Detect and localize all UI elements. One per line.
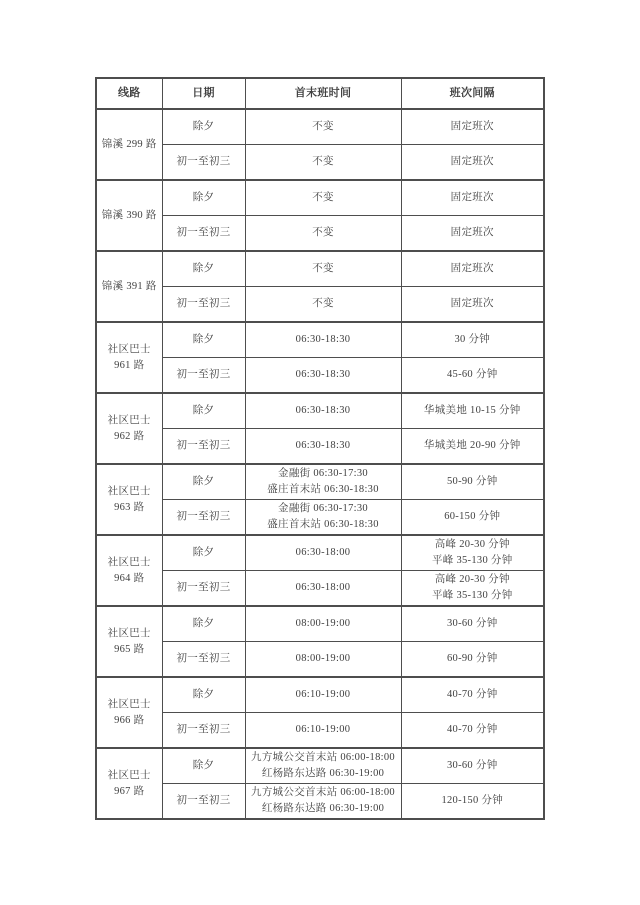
- time-cell: 08:00-19:00: [245, 606, 401, 642]
- time-cell: 金融街 06:30-17:30盛庄首末站 06:30-18:30: [245, 464, 401, 500]
- schedule-row: 初一至初三06:30-18:3045-60 分钟: [96, 358, 544, 394]
- schedule-row: 初一至初三08:00-19:0060-90 分钟: [96, 642, 544, 678]
- route-name-cell: 社区巴士962 路: [96, 393, 162, 464]
- interval-cell: 华城美地 20-90 分钟: [401, 429, 544, 465]
- route-name-cell: 社区巴士963 路: [96, 464, 162, 535]
- interval-cell: 高峰 20-30 分钟平峰 35-130 分钟: [401, 535, 544, 571]
- schedule-row: 锦溪 299 路除夕不变固定班次: [96, 109, 544, 145]
- interval-cell: 60-90 分钟: [401, 642, 544, 678]
- time-cell: 06:10-19:00: [245, 677, 401, 713]
- date-cell: 初一至初三: [162, 571, 245, 607]
- time-cell: 06:30-18:30: [245, 358, 401, 394]
- route-name-cell: 锦溪 390 路: [96, 180, 162, 251]
- interval-cell: 华城美地 10-15 分钟: [401, 393, 544, 429]
- time-cell: 九方城公交首末站 06:00-18:00红杨路东达路 06:30-19:00: [245, 784, 401, 820]
- route-section: 社区巴士964 路除夕06:30-18:00高峰 20-30 分钟平峰 35-1…: [96, 535, 544, 606]
- interval-cell: 固定班次: [401, 109, 544, 145]
- text-line: 社区巴士: [108, 628, 151, 639]
- text-line: 社区巴士: [108, 415, 151, 426]
- column-header-route: 线路: [96, 78, 162, 109]
- text-line: 社区巴士: [108, 699, 151, 710]
- schedule-row: 社区巴士965 路除夕08:00-19:0030-60 分钟: [96, 606, 544, 642]
- date-cell: 初一至初三: [162, 216, 245, 252]
- interval-cell: 30-60 分钟: [401, 748, 544, 784]
- time-cell: 06:30-18:00: [245, 535, 401, 571]
- text-line: 金融街 06:30-17:30: [278, 468, 368, 479]
- text-line: 红杨路东达路 06:30-19:00: [262, 768, 384, 779]
- time-cell: 不变: [245, 180, 401, 216]
- date-cell: 初一至初三: [162, 784, 245, 820]
- schedule-row: 初一至初三06:30-18:00高峰 20-30 分钟平峰 35-130 分钟: [96, 571, 544, 607]
- route-name-cell: 社区巴士961 路: [96, 322, 162, 393]
- date-cell: 除夕: [162, 180, 245, 216]
- column-header-date: 日期: [162, 78, 245, 109]
- date-cell: 初一至初三: [162, 642, 245, 678]
- schedule-row: 锦溪 391 路除夕不变固定班次: [96, 251, 544, 287]
- time-cell: 06:30-18:30: [245, 429, 401, 465]
- route-name-cell: 社区巴士965 路: [96, 606, 162, 677]
- route-section: 社区巴士963 路除夕金融街 06:30-17:30盛庄首末站 06:30-18…: [96, 464, 544, 535]
- time-cell: 不变: [245, 251, 401, 287]
- text-line: 965 路: [114, 644, 144, 655]
- bus-schedule-table: 线路日期首末班时间班次间隔 锦溪 299 路除夕不变固定班次初一至初三不变固定班…: [95, 77, 545, 820]
- schedule-row: 社区巴士961 路除夕06:30-18:3030 分钟: [96, 322, 544, 358]
- route-section: 社区巴士966 路除夕06:10-19:0040-70 分钟初一至初三06:10…: [96, 677, 544, 748]
- date-cell: 初一至初三: [162, 429, 245, 465]
- route-section: 锦溪 390 路除夕不变固定班次初一至初三不变固定班次: [96, 180, 544, 251]
- route-section: 社区巴士965 路除夕08:00-19:0030-60 分钟初一至初三08:00…: [96, 606, 544, 677]
- column-header-first-last-time: 首末班时间: [245, 78, 401, 109]
- text-line: 967 路: [114, 786, 144, 797]
- interval-cell: 固定班次: [401, 251, 544, 287]
- schedule-row: 初一至初三九方城公交首末站 06:00-18:00红杨路东达路 06:30-19…: [96, 784, 544, 820]
- text-line: 九方城公交首末站 06:00-18:00: [251, 787, 395, 798]
- route-section: 锦溪 299 路除夕不变固定班次初一至初三不变固定班次: [96, 109, 544, 180]
- text-line: 九方城公交首末站 06:00-18:00: [251, 752, 395, 763]
- interval-cell: 30 分钟: [401, 322, 544, 358]
- time-cell: 不变: [245, 216, 401, 252]
- route-section: 社区巴士961 路除夕06:30-18:3030 分钟初一至初三06:30-18…: [96, 322, 544, 393]
- date-cell: 除夕: [162, 464, 245, 500]
- interval-cell: 40-70 分钟: [401, 713, 544, 749]
- schedule-row: 初一至初三06:30-18:30华城美地 20-90 分钟: [96, 429, 544, 465]
- schedule-row: 社区巴士967 路除夕九方城公交首末站 06:00-18:00红杨路东达路 06…: [96, 748, 544, 784]
- time-cell: 金融街 06:30-17:30盛庄首末站 06:30-18:30: [245, 500, 401, 536]
- schedule-row: 社区巴士966 路除夕06:10-19:0040-70 分钟: [96, 677, 544, 713]
- route-section: 锦溪 391 路除夕不变固定班次初一至初三不变固定班次: [96, 251, 544, 322]
- date-cell: 除夕: [162, 606, 245, 642]
- interval-cell: 60-150 分钟: [401, 500, 544, 536]
- time-cell: 不变: [245, 109, 401, 145]
- header-row: 线路日期首末班时间班次间隔: [96, 78, 544, 109]
- interval-cell: 120-150 分钟: [401, 784, 544, 820]
- schedule-row: 初一至初三不变固定班次: [96, 216, 544, 252]
- date-cell: 除夕: [162, 322, 245, 358]
- column-header-interval: 班次间隔: [401, 78, 544, 109]
- date-cell: 除夕: [162, 535, 245, 571]
- date-cell: 初一至初三: [162, 358, 245, 394]
- text-line: 盛庄首末站 06:30-18:30: [267, 484, 379, 495]
- text-line: 红杨路东达路 06:30-19:00: [262, 803, 384, 814]
- route-name-cell: 锦溪 299 路: [96, 109, 162, 180]
- text-line: 高峰 20-30 分钟: [435, 539, 510, 550]
- interval-cell: 50-90 分钟: [401, 464, 544, 500]
- interval-cell: 固定班次: [401, 287, 544, 323]
- schedule-row: 初一至初三不变固定班次: [96, 287, 544, 323]
- date-cell: 除夕: [162, 251, 245, 287]
- route-section: 社区巴士962 路除夕06:30-18:30华城美地 10-15 分钟初一至初三…: [96, 393, 544, 464]
- schedule-row: 社区巴士964 路除夕06:30-18:00高峰 20-30 分钟平峰 35-1…: [96, 535, 544, 571]
- date-cell: 除夕: [162, 393, 245, 429]
- time-cell: 08:00-19:00: [245, 642, 401, 678]
- text-line: 金融街 06:30-17:30: [278, 503, 368, 514]
- schedule-row: 社区巴士963 路除夕金融街 06:30-17:30盛庄首末站 06:30-18…: [96, 464, 544, 500]
- interval-cell: 固定班次: [401, 145, 544, 181]
- time-cell: 06:30-18:30: [245, 322, 401, 358]
- interval-cell: 30-60 分钟: [401, 606, 544, 642]
- text-line: 社区巴士: [108, 557, 151, 568]
- text-line: 964 路: [114, 573, 144, 584]
- text-line: 盛庄首末站 06:30-18:30: [267, 519, 379, 530]
- time-cell: 不变: [245, 145, 401, 181]
- time-cell: 06:30-18:30: [245, 393, 401, 429]
- date-cell: 除夕: [162, 109, 245, 145]
- text-line: 社区巴士: [108, 486, 151, 497]
- interval-cell: 45-60 分钟: [401, 358, 544, 394]
- time-cell: 九方城公交首末站 06:00-18:00红杨路东达路 06:30-19:00: [245, 748, 401, 784]
- interval-cell: 40-70 分钟: [401, 677, 544, 713]
- page: 线路日期首末班时间班次间隔 锦溪 299 路除夕不变固定班次初一至初三不变固定班…: [0, 0, 640, 905]
- time-cell: 06:30-18:00: [245, 571, 401, 607]
- date-cell: 除夕: [162, 748, 245, 784]
- text-line: 966 路: [114, 715, 144, 726]
- date-cell: 初一至初三: [162, 287, 245, 323]
- route-name-cell: 锦溪 391 路: [96, 251, 162, 322]
- date-cell: 初一至初三: [162, 500, 245, 536]
- text-line: 社区巴士: [108, 344, 151, 355]
- interval-cell: 高峰 20-30 分钟平峰 35-130 分钟: [401, 571, 544, 607]
- text-line: 962 路: [114, 431, 144, 442]
- text-line: 平峰 35-130 分钟: [432, 590, 513, 601]
- text-line: 高峰 20-30 分钟: [435, 574, 510, 585]
- text-line: 平峰 35-130 分钟: [432, 555, 513, 566]
- schedule-row: 社区巴士962 路除夕06:30-18:30华城美地 10-15 分钟: [96, 393, 544, 429]
- date-cell: 初一至初三: [162, 145, 245, 181]
- text-line: 社区巴士: [108, 770, 151, 781]
- interval-cell: 固定班次: [401, 180, 544, 216]
- schedule-row: 锦溪 390 路除夕不变固定班次: [96, 180, 544, 216]
- schedule-row: 初一至初三不变固定班次: [96, 145, 544, 181]
- time-cell: 06:10-19:00: [245, 713, 401, 749]
- text-line: 961 路: [114, 360, 144, 371]
- text-line: 963 路: [114, 502, 144, 513]
- route-section: 社区巴士967 路除夕九方城公交首末站 06:00-18:00红杨路东达路 06…: [96, 748, 544, 819]
- schedule-row: 初一至初三06:10-19:0040-70 分钟: [96, 713, 544, 749]
- schedule-row: 初一至初三金融街 06:30-17:30盛庄首末站 06:30-18:3060-…: [96, 500, 544, 536]
- date-cell: 初一至初三: [162, 713, 245, 749]
- interval-cell: 固定班次: [401, 216, 544, 252]
- date-cell: 除夕: [162, 677, 245, 713]
- route-name-cell: 社区巴士967 路: [96, 748, 162, 819]
- route-name-cell: 社区巴士964 路: [96, 535, 162, 606]
- time-cell: 不变: [245, 287, 401, 323]
- route-name-cell: 社区巴士966 路: [96, 677, 162, 748]
